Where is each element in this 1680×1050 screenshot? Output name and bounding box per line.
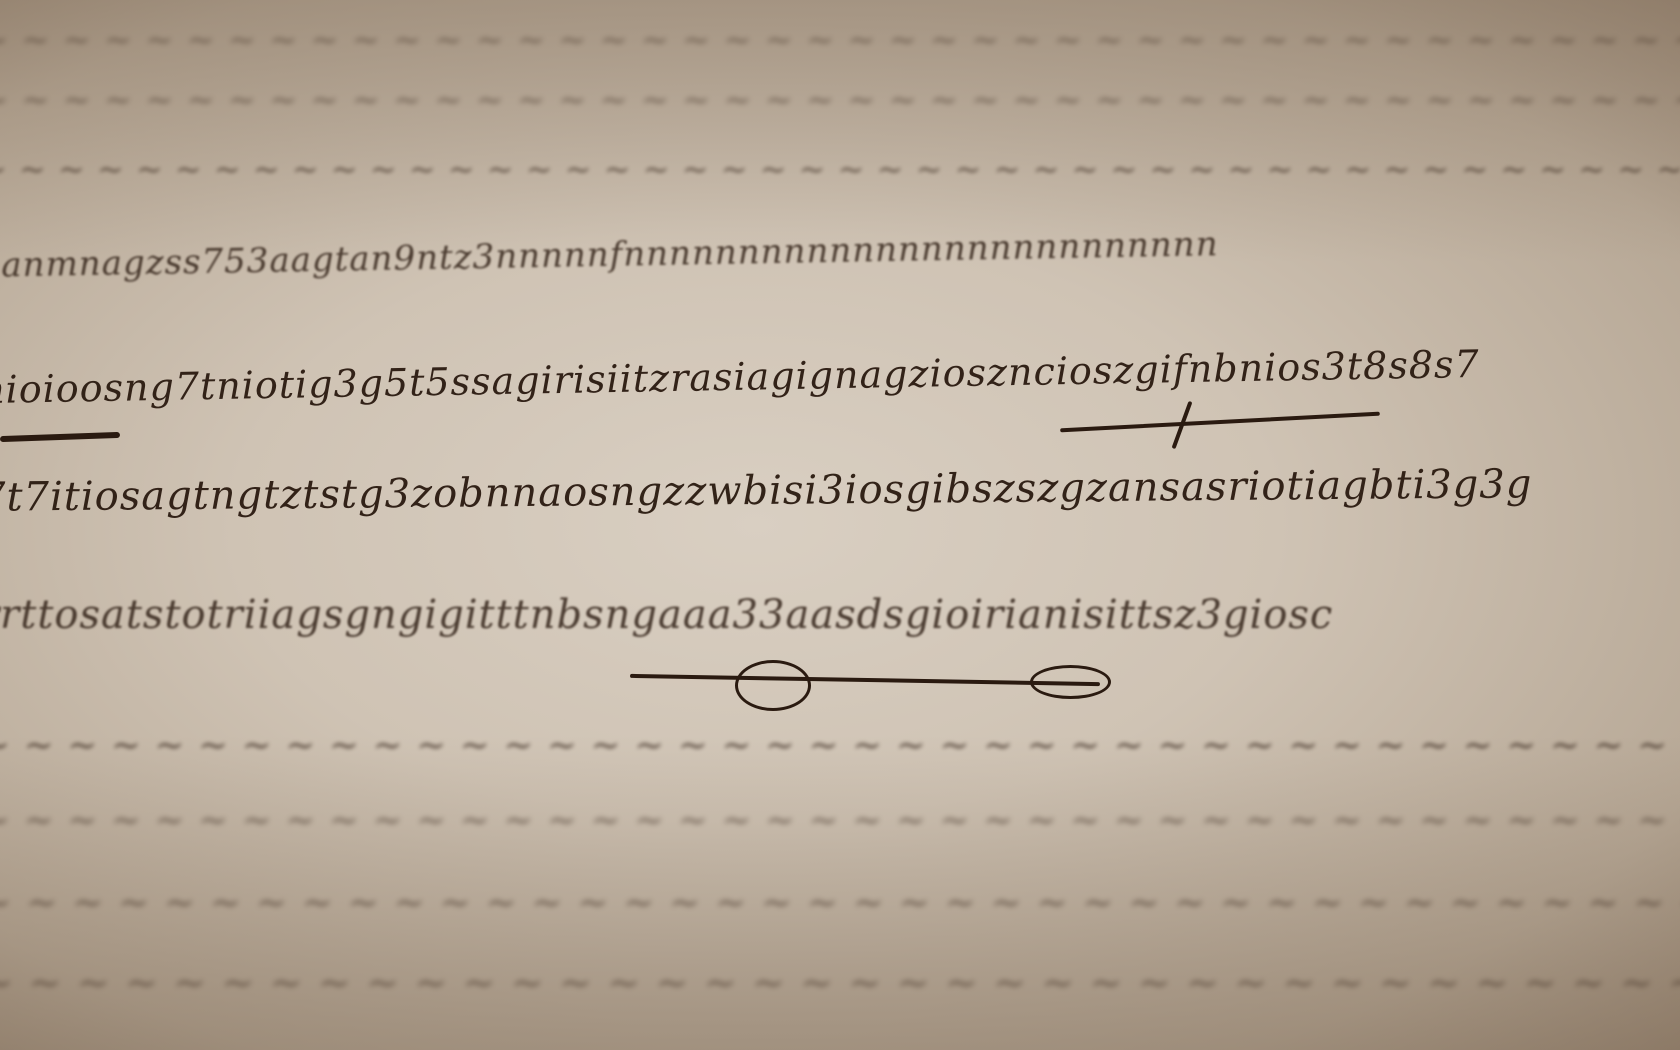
handwriting-line: ~ ~ ~ ~ ~ ~ ~ ~ ~ ~ ~ ~ ~ ~ ~ ~ ~ ~ ~ ~ … <box>0 960 1680 1006</box>
cross-mark-horizontal <box>1060 412 1380 433</box>
manuscript-photo: ~ ~ ~ ~ ~ ~ ~ ~ ~ ~ ~ ~ ~ ~ ~ ~ ~ ~ ~ ~ … <box>0 0 1680 1050</box>
handwriting-line: ~ ~ ~ ~ ~ ~ ~ ~ ~ ~ ~ ~ ~ ~ ~ ~ ~ ~ ~ ~ … <box>0 80 1680 120</box>
cipher-line: rrttosatstotriiagsgngigitttnbsngaaa33aas… <box>0 592 1333 638</box>
cipher-line: nioioosng7tniotig3g5t5ssagirisiitzrasiag… <box>0 342 1480 412</box>
underline-stroke <box>0 432 120 442</box>
cipher-line: 7t7itiosagtngtztstg3zobnnaosngzzwbisi3io… <box>0 461 1533 521</box>
handwriting-line: ~ ~ ~ ~ ~ ~ ~ ~ ~ ~ ~ ~ ~ ~ ~ ~ ~ ~ ~ ~ … <box>0 150 1680 188</box>
handwriting-line: ~ ~ ~ ~ ~ ~ ~ ~ ~ ~ ~ ~ ~ ~ ~ ~ ~ ~ ~ ~ … <box>0 20 1680 60</box>
flourish-loop <box>1030 665 1111 699</box>
handwriting-line: aanmnagzss753aagtan9ntz3nnnnnfnnnnnnnnnn… <box>0 224 1219 286</box>
handwriting-line: ~ ~ ~ ~ ~ ~ ~ ~ ~ ~ ~ ~ ~ ~ ~ ~ ~ ~ ~ ~ … <box>0 725 1680 766</box>
flourish-loop <box>735 660 811 711</box>
handwriting-line: ~ ~ ~ ~ ~ ~ ~ ~ ~ ~ ~ ~ ~ ~ ~ ~ ~ ~ ~ ~ … <box>0 880 1680 924</box>
handwriting-line: ~ ~ ~ ~ ~ ~ ~ ~ ~ ~ ~ ~ ~ ~ ~ ~ ~ ~ ~ ~ … <box>0 800 1680 841</box>
